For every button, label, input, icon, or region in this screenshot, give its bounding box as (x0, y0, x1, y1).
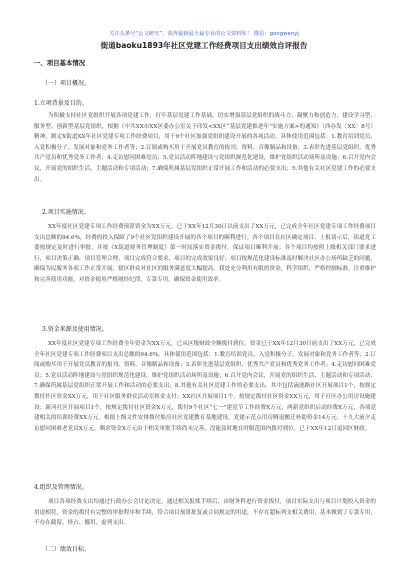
item-heading-funding: 3.资金来源及使用情况。 (42, 324, 108, 333)
document-page: 关注头条号“公文研究”，获得最新最全最专业的公文资料库！ 微信：gongweny… (0, 0, 408, 580)
item-heading-implementation: 2.项目实施情况。 (42, 207, 90, 216)
subsection-heading-targets: （二）绩效目标。 (42, 544, 90, 553)
item-heading-management: 4.组织及管理情况。 (34, 482, 88, 491)
paragraph-implementation: XX年度社区党建专项工作经费预算资金为XX万元，已于XX年12月30日以前支出了… (34, 222, 376, 286)
section-heading-basic-info: 一、项目基本情况 (34, 58, 85, 67)
paragraph-background: 为积极支持社区党组织开展各项党建工作，打牢基层党建工作基础，切实增强基层党组织的… (34, 111, 376, 185)
promo-banner-text[interactable]: 关注头条号“公文研究”，获得最新最全最专业的公文资料库！ 微信：gongweny… (0, 30, 408, 37)
item-heading-background: 1.立项背景及目的。 (34, 98, 88, 107)
document-title: 街道baoku1893年社区党建工作经费项目支出绩效自评报告 (0, 40, 408, 51)
subsection-heading-overview: （一）项目概况。 (42, 78, 90, 87)
paragraph-management: 项目各项经费支出均通过行政办公会讨论决定，通过相关报账手续后，由财务科进行资金拨… (34, 497, 376, 529)
paragraph-funding: XX年度社区党建专项工作经费全年资金为XX万元，已从区级财政全额拨付到位。资金已… (34, 339, 376, 434)
